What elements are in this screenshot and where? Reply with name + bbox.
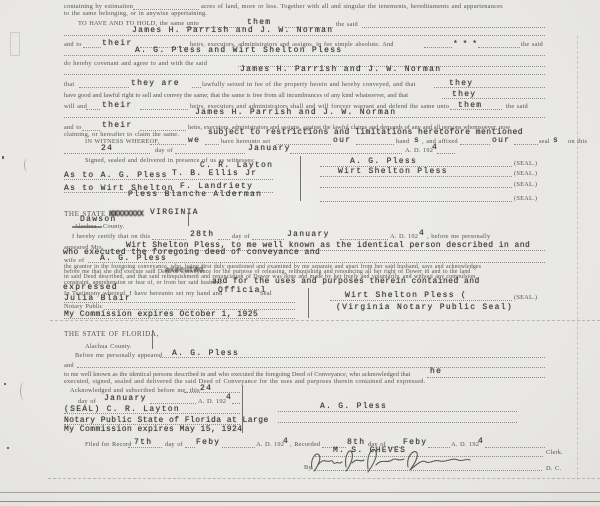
typed-entry: their	[102, 39, 133, 48]
typed-grantee-names: James H. Parrish and J. W. Norman	[240, 65, 441, 74]
dotted-blank	[86, 109, 100, 110]
form-text: , and affixed	[422, 138, 458, 145]
dotted-blank	[514, 144, 538, 145]
margin-mark	[10, 32, 20, 56]
form-text: seal	[539, 138, 550, 145]
typed-entry: their	[102, 121, 133, 130]
typed-seal-note: (Virginia Notary Public Seal)	[336, 303, 513, 312]
dotted-rule	[64, 179, 273, 180]
bracket-line	[308, 288, 309, 318]
typed-entry: he	[430, 367, 442, 376]
dotted-rule	[160, 357, 545, 358]
form-text: acres of land, more or less. Together wi…	[201, 3, 503, 10]
seal-label: (SEAL.)	[514, 294, 537, 301]
typed-signer: A. G. Pless	[350, 157, 417, 166]
typed-subject-clause: subject to restrictions and limitations …	[208, 128, 523, 137]
punch-mark	[20, 382, 28, 400]
typed-day: 24	[101, 144, 113, 153]
dotted-blank	[427, 377, 545, 378]
form-text: Before me personally appeared	[75, 352, 162, 359]
form-text: Notary Public	[64, 303, 103, 310]
seal-label: (SEAL.)	[514, 170, 537, 177]
form-text: to the same belonging, or in anywise app…	[64, 10, 207, 17]
dotted-blank	[185, 447, 195, 448]
form-text: lawfully seized in fee of the property h…	[202, 81, 416, 88]
form-text: A. D. 192	[405, 147, 433, 154]
form-text: to me well known as the identical person…	[64, 371, 410, 378]
dotted-rule	[64, 35, 545, 36]
ink-speck	[2, 156, 4, 159]
seal-label: (SEAL.)	[514, 195, 537, 202]
dotted-blank	[218, 239, 230, 240]
bracket-line	[188, 212, 189, 226]
typed-day: 28th	[190, 230, 214, 239]
dotted-blank	[150, 144, 186, 145]
dotted-rule	[290, 153, 402, 154]
dotted-rule	[437, 153, 455, 154]
form-text: and	[64, 362, 74, 369]
seal-label: (SEAL.)	[514, 160, 537, 167]
dotted-blank	[222, 447, 255, 448]
typed-asterisks: * * *	[453, 40, 477, 49]
dotted-rule	[64, 74, 545, 75]
form-text: the said	[336, 21, 358, 28]
typed-commission: My Commission expires May 15, 1924	[64, 425, 243, 434]
county-label: Alachua County.	[85, 343, 132, 350]
bottom-rule	[0, 492, 600, 493]
dotted-blank	[460, 144, 490, 145]
signature-line	[278, 411, 517, 412]
typed-month: January	[248, 144, 291, 153]
form-text: wife of	[64, 257, 84, 264]
typed-entry: s	[414, 136, 419, 145]
dotted-blank	[424, 47, 452, 48]
form-text: day of	[155, 147, 173, 154]
typed-entry: they	[449, 79, 473, 88]
bracket-line	[300, 156, 301, 201]
dotted-rule	[64, 117, 545, 118]
dotted-rule	[175, 153, 245, 154]
typed-entry: we	[188, 136, 200, 145]
dotted-blank	[79, 87, 129, 88]
form-text: that	[64, 81, 74, 88]
handwritten-signature-icon	[306, 443, 476, 475]
typed-day: 7th	[134, 438, 152, 447]
typed-entry: their	[102, 101, 133, 110]
form-text: I hereby certify that on this	[72, 233, 150, 240]
typed-entry: them	[458, 101, 482, 110]
form-text: A. D. 192	[198, 398, 226, 405]
form-text: Filed for Record	[85, 441, 132, 448]
form-text: day of	[232, 233, 250, 240]
signature-line	[278, 422, 517, 423]
typed-year: 4	[478, 437, 483, 446]
form-text: containing by estimation	[64, 3, 133, 10]
signature-line	[320, 176, 512, 177]
typed-month: January	[287, 230, 330, 239]
typed-grantee-names: James H. Parrish and J. W. Norman	[195, 108, 396, 117]
state-header: THE STATE OF FLORIDA,	[64, 331, 159, 338]
form-text: executed, signed, sealed and delivered t…	[64, 378, 425, 385]
form-text: on this	[568, 138, 587, 145]
form-text: A. D. 192	[256, 441, 284, 448]
dotted-blank	[152, 239, 186, 240]
scanned-deed-page: containing by estimation acres of land, …	[0, 0, 600, 506]
dotted-blank	[205, 144, 219, 145]
dotted-blank	[140, 109, 188, 110]
form-text: IN WITNESS WHEREOF,	[85, 138, 159, 145]
ink-speck	[7, 447, 9, 449]
signature-line	[330, 300, 512, 301]
typed-year: 4	[432, 143, 437, 152]
strike-mark	[72, 226, 102, 228]
typed-month: January	[104, 394, 147, 403]
dotted-rule	[77, 367, 545, 368]
form-text: claiming, or hereafter to claim the same…	[64, 131, 179, 138]
form-text: A. D. 192	[390, 233, 418, 240]
dotted-blank	[340, 239, 388, 240]
form-text: the said	[521, 41, 543, 48]
dotted-rule	[64, 318, 295, 319]
county-word: County.	[103, 223, 124, 230]
typed-entry: our	[333, 136, 351, 145]
seal-label: (SEAL.)	[514, 181, 537, 188]
form-text: , before me personally	[427, 233, 490, 240]
dotted-blank	[478, 47, 520, 48]
form-text: and to	[64, 124, 82, 131]
typed-signer: A. G. Pless	[320, 402, 387, 411]
bracket-line	[152, 330, 153, 349]
typed-month: Feby	[196, 438, 220, 447]
typed-year: 4	[283, 437, 288, 446]
form-text: do hereby covenant and agree to and with…	[64, 60, 207, 67]
form-text: day of	[78, 398, 96, 405]
dotted-blank	[362, 27, 545, 28]
typed-uses-clause: and for the uses and purposes therein co…	[212, 277, 480, 286]
ink-speck	[4, 383, 6, 385]
bottom-rule	[0, 501, 600, 502]
form-text: Acknowledged and subscribed before me, t…	[70, 387, 200, 394]
dotted-blank	[485, 447, 545, 448]
section-separator	[50, 320, 600, 321]
form-text: the said	[506, 103, 528, 110]
signature-line	[320, 187, 512, 188]
typed-year: 4	[226, 393, 231, 402]
form-text: day of	[165, 441, 183, 448]
form-text: and to	[64, 41, 82, 48]
dotted-blank	[128, 447, 162, 448]
dotted-blank	[232, 403, 240, 404]
dotted-blank	[184, 392, 240, 393]
dotted-blank	[192, 87, 201, 88]
typed-entry: they	[452, 90, 476, 99]
signature-line	[320, 201, 512, 202]
form-text: will and	[64, 103, 87, 110]
dotted-blank	[252, 239, 284, 240]
punch-mark	[24, 158, 31, 172]
typed-signer: Wirt Shelton Pless (	[345, 291, 467, 300]
typed-grantee-names: James H. Parrish and J. W. Norman	[132, 26, 333, 35]
dotted-rule	[64, 413, 240, 414]
typed-grantor-names: A. G. Pless and Wirt Shelton Pless	[135, 46, 342, 55]
typed-witness: T. B. Ellis Jr	[172, 169, 257, 178]
dotted-rule	[64, 153, 150, 154]
typed-entry: they are	[131, 79, 180, 88]
clerk-label: Clerk.	[546, 449, 563, 456]
dotted-rule	[64, 55, 545, 56]
dotted-blank	[356, 144, 394, 145]
form-text: hand	[396, 138, 409, 145]
typed-entry: s	[553, 136, 558, 145]
deputy-clerk-label: D. C.	[546, 465, 561, 472]
page-edge-line	[577, 36, 578, 480]
form-text: Seal	[260, 290, 272, 297]
dotted-rule	[88, 262, 545, 263]
typed-state: VIRGINIA	[150, 208, 199, 217]
dotted-blank	[83, 47, 101, 48]
typed-entry: our	[492, 136, 510, 145]
typed-year: 4	[419, 229, 424, 238]
typed-witness: Pless Blanche Alderman	[128, 190, 262, 199]
bottom-rule	[48, 478, 600, 479]
form-text: have good and lawful right to sell and c…	[64, 92, 408, 99]
typed-signer: Wirt Shelton Pless	[338, 167, 448, 176]
dotted-blank	[150, 403, 196, 404]
